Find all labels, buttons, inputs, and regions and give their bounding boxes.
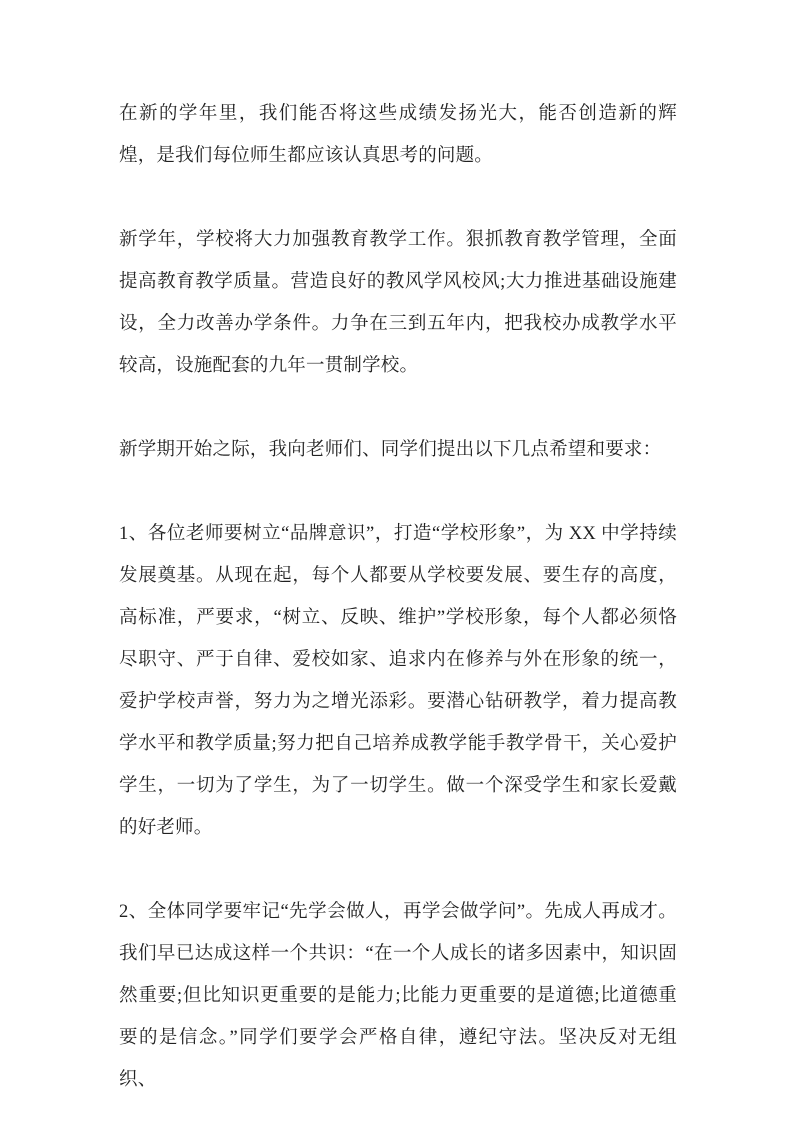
paragraph-requirements-lead: 新学期开始之际，我向老师们、同学们提出以下几点希望和要求： <box>119 429 677 471</box>
paragraph-school-plan: 新学年，学校将大力加强教育教学工作。狠抓教育教学管理，全面提高教育教学质量。营造… <box>119 219 677 387</box>
paragraph-item-2-students: 2、全体同学要牢记“先学会做人，再学会做学问”。先成人再成才。我们早已达成这样一… <box>119 891 677 1101</box>
paragraph-item-1-teachers: 1、各位老师要树立“品牌意识”，打造“学校形象”，为 XX 中学持续发展奠基。从… <box>119 513 677 849</box>
document-page: 在新的学年里，我们能否将这些成绩发扬光大，能否创造新的辉煌，是我们每位师生都应该… <box>119 93 677 1101</box>
paragraph-intro: 在新的学年里，我们能否将这些成绩发扬光大，能否创造新的辉煌，是我们每位师生都应该… <box>119 93 677 177</box>
